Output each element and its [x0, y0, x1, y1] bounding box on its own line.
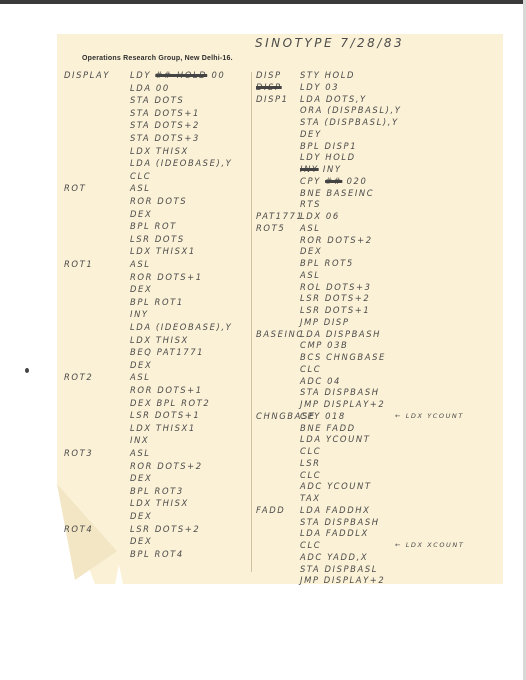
left-label: ROT4 [64, 524, 93, 534]
left-code-line: STA DOTS [130, 95, 184, 105]
right-label: FADD [256, 505, 285, 515]
left-code-line: STA DOTS+3 [130, 133, 200, 143]
right-code-line: LSR DOTS+1 [300, 305, 370, 315]
right-code-line: ASL [300, 223, 321, 233]
right-code-line: JMP DISPLAY+2 [300, 575, 385, 585]
left-code-line: DEX BPL ROT2 [130, 398, 210, 408]
left-code-line: ASL [130, 183, 151, 193]
right-code-line: RTS [300, 199, 321, 209]
left-code-line: DEX [130, 209, 152, 219]
right-code-line: LDX 06 [300, 211, 340, 221]
left-code-line: ROR DOTS+2 [130, 461, 203, 471]
right-code-line: CMP 03B [300, 340, 348, 350]
left-code-line: LDA (IDEOBASE),Y [130, 322, 232, 332]
left-code-line: ROR DOTS+1 [130, 385, 203, 395]
left-code-line: LDA 00 [130, 83, 170, 93]
left-code-line: LDX THISX [130, 146, 189, 156]
left-label: DISPLAY [64, 70, 110, 80]
left-label: ROT3 [64, 448, 93, 458]
left-code-line: INX [130, 435, 149, 445]
left-code-line: ROR DOTS [130, 196, 187, 206]
right-label: BASEINC [256, 329, 304, 339]
right-code-line: LSR [300, 458, 321, 468]
paper-sheet [57, 34, 503, 584]
left-code-line: STA DOTS+1 [130, 108, 200, 118]
right-code-line: LDY 03 [300, 82, 339, 92]
left-code-line: CLC [130, 171, 151, 181]
right-code-line: LDY HOLD [300, 152, 356, 162]
right-code-line: BNE FADD [300, 423, 356, 433]
left-code-line: BEQ PAT1771 [130, 347, 204, 357]
left-code-line: INY [130, 309, 149, 319]
right-code-line: ADC 04 [300, 376, 341, 386]
right-code-line: CLC [300, 540, 321, 550]
left-code-line: ASL [130, 372, 151, 382]
left-code-line: BPL ROT [130, 221, 177, 231]
left-code-line: STA DOTS+2 [130, 120, 200, 130]
right-code-line: LDA DOTS,Y [300, 94, 367, 104]
right-code-line: CPY ## 020 [300, 176, 367, 186]
right-code-line: DEX [300, 246, 322, 256]
right-code-line: BPL DISP1 [300, 141, 357, 151]
right-code-line: LDA YCOUNT [300, 434, 370, 444]
right-code-line: STA DISPBASL [300, 564, 378, 574]
right-code-line: STA DISPBASH [300, 387, 380, 397]
left-code-line: DEX [130, 473, 152, 483]
left-code-line: DEX [130, 284, 152, 294]
right-label: DISP [256, 82, 282, 92]
left-code-line: BPL ROT1 [130, 297, 184, 307]
right-code-line: CLC [300, 364, 321, 374]
left-code-line: LDX THISX1 [130, 423, 196, 433]
right-code-line: STA (DISPBASL),Y [300, 117, 399, 127]
right-label: PAT1771 [256, 211, 303, 221]
right-code-line: CPY 018 [300, 411, 346, 421]
right-annotation: ← LDX XCOUNT [395, 541, 464, 549]
left-code-line: DEX [130, 536, 152, 546]
left-code-line: ASL [130, 259, 151, 269]
left-code-line: ROR DOTS+1 [130, 272, 203, 282]
right-code-line: STA DISPBASH [300, 517, 380, 527]
right-label: DISP [256, 70, 282, 80]
right-code-line: CLC [300, 470, 321, 480]
left-code-line: DEX [130, 511, 152, 521]
right-code-line: STY HOLD [300, 70, 355, 80]
left-code-line: LDX THISX1 [130, 246, 196, 256]
right-code-line: ORA (DISPBASL),Y [300, 105, 401, 115]
right-code-line: CLC [300, 446, 321, 456]
right-code-line: ROL DOTS+3 [300, 282, 372, 292]
scan-speck [25, 368, 29, 373]
left-code-line: LSR DOTS+1 [130, 410, 200, 420]
left-label: ROT1 [64, 259, 93, 269]
right-code-line: ASL [300, 270, 321, 280]
left-code-line: LDY ## HOLD 00 [130, 70, 225, 80]
right-annotation: ← LDX YCOUNT [395, 412, 464, 420]
right-code-line: TAX [300, 493, 321, 503]
right-code-line: BPL ROT5 [300, 258, 354, 268]
column-divider [251, 72, 252, 572]
left-code-line: LSR DOTS [130, 234, 185, 244]
right-label: DISP1 [256, 94, 289, 104]
right-code-line: LDA DISPBASH [300, 329, 381, 339]
right-label: ROT5 [256, 223, 285, 233]
right-code-line: BNE BASEINC [300, 188, 374, 198]
right-code-line: ADC YCOUNT [300, 481, 372, 491]
left-code-line: BPL ROT4 [130, 549, 184, 559]
letterhead: Operations Research Group, New Delhi-16. [82, 55, 233, 62]
right-code-line: JMP DISP [300, 317, 350, 327]
scan-top-edge [0, 0, 526, 4]
left-code-line: LSR DOTS+2 [130, 524, 200, 534]
left-code-line: LDX THISX [130, 498, 189, 508]
right-code-line: ADC YADD,X [300, 552, 368, 562]
left-code-line: ASL [130, 448, 151, 458]
left-code-line: LDX THISX [130, 335, 189, 345]
right-code-line: INY INY [300, 164, 342, 174]
right-code-line: LDA FADDHX [300, 505, 371, 515]
left-code-line: LDA (IDEOBASE),Y [130, 158, 232, 168]
right-code-line: LDA FADDLX [300, 528, 369, 538]
right-code-line: JMP DISPLAY+2 [300, 399, 385, 409]
left-label: ROT [64, 183, 86, 193]
right-code-line: LSR DOTS+2 [300, 293, 370, 303]
right-code-line: BCS CHNGBASE [300, 352, 386, 362]
left-code-line: DEX [130, 360, 152, 370]
right-code-line: DEY [300, 129, 322, 139]
left-label: ROT2 [64, 372, 93, 382]
document-title: SINOTYPE 7/28/83 [255, 36, 404, 50]
left-code-line: BPL ROT3 [130, 486, 184, 496]
right-code-line: ROR DOTS+2 [300, 235, 373, 245]
